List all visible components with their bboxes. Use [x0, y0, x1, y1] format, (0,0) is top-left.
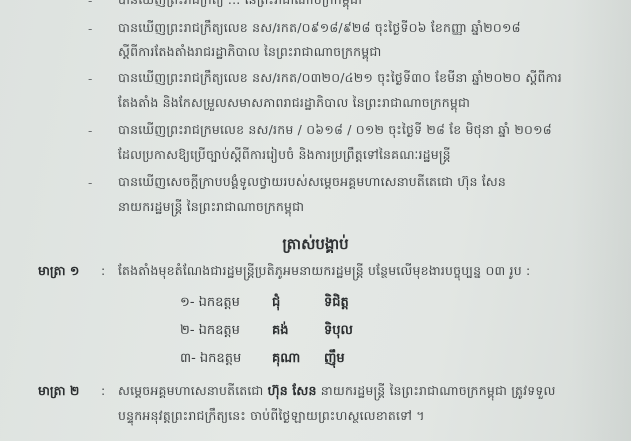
document-page: - បានឃើញព្រះរាជក្រឹត្យ ... នៃព្រះរាជាណាច…: [0, 0, 631, 441]
article-2-line-1: បន្ទុកអនុវត្តព្រះរាជក្រឹត្យនេះ ចាប់ពីថ្ង…: [118, 408, 425, 424]
preamble-item-4-line-0: បានឃើញសេចក្តីក្រាបបង្គំទូលថ្វាយរបស់សម្តេ…: [118, 174, 506, 190]
appointee-last-name: ទិបុល: [324, 322, 353, 341]
appointee-first-name: គុណា: [272, 350, 324, 369]
bullet-dash: -: [88, 22, 92, 36]
bullet-dash: -: [88, 124, 92, 138]
appointee-row: ២- ឯកឧត្តមគង់ទិបុល: [180, 322, 353, 341]
bullet-dash: -: [88, 72, 92, 86]
article-1-text: តែងតាំងមុខតំណែងជារដ្ឋមន្ត្រីប្រតិភូអមនាយ…: [118, 263, 530, 279]
article-2-label: មាត្រា ២: [38, 383, 79, 402]
prime-minister-name: ហ៊ុន សែន: [268, 383, 317, 398]
appointee-index: ៣- ឯកឧត្តម: [180, 350, 272, 369]
preamble-item-1-line-1: ស្តីពីការតែងតាំងរាជរដ្ឋាភិបាល នៃព្រះរាជា…: [118, 44, 382, 60]
article-2-text-pre: សម្តេចអគ្គមហាសេនាបតីតេជោ: [118, 383, 268, 398]
appointee-first-name: ជុំ: [272, 294, 324, 313]
preamble-item-0-line-0: បានឃើញព្រះរាជក្រឹត្យ ... នៃព្រះរាជាណាចក្…: [118, 0, 362, 8]
appointee-last-name: ញ៉ឹម: [324, 350, 345, 369]
appointee-first-name: គង់: [272, 322, 324, 341]
article-1-colon: :: [101, 263, 105, 278]
article-1-label: មាត្រា ១: [38, 263, 79, 282]
preamble-item-3-line-1: ដែលប្រកាសឱ្យប្រើច្បាប់ស្តីពីការរៀបចំ និង…: [118, 147, 451, 163]
appointee-last-name: ទិជិត្ត: [324, 294, 349, 313]
photo-edge-shade: [571, 0, 631, 441]
appointee-index: ២- ឯកឧត្តម: [180, 322, 272, 341]
appointee-index: ១- ឯកឧត្តម: [180, 294, 272, 313]
article-2-line-0: សម្តេចអគ្គមហាសេនាបតីតេជោ ហ៊ុន សែន នាយករដ…: [118, 383, 556, 399]
preamble-item-2-line-1: តែងតាំង និងកែសម្រួលសមាសភាពរាជរដ្ឋាភិបាល …: [118, 95, 470, 111]
article-2-colon: :: [101, 383, 105, 398]
bullet-dash: -: [88, 0, 92, 8]
preamble-item-3-line-0: បានឃើញព្រះរាជក្រមលេខ នស/រកម / ០៦១៨ / ០១២…: [118, 122, 552, 138]
preamble-item-1-line-0: បានឃើញព្រះរាជក្រឹត្យលេខ នស/រកត/០៩១៨/៩២៨ …: [118, 20, 521, 36]
article-2-text-post: នាយករដ្ឋមន្ត្រី នៃព្រះរាជាណាចក្រកម្ពុជា …: [317, 383, 556, 398]
appointee-row: ៣- ឯកឧត្តមគុណាញ៉ឹម: [180, 350, 345, 369]
preamble-item-2-line-0: បានឃើញព្រះរាជក្រឹត្យលេខ នស/រកត/០៣២០/៤២១ …: [118, 70, 562, 86]
section-heading: ត្រាស់បង្គាប់: [0, 235, 631, 257]
preamble-item-4-line-1: នាយករដ្ឋមន្ត្រី នៃព្រះរាជាណាចក្រកម្ពុជា: [118, 199, 304, 215]
bullet-dash: -: [88, 176, 92, 190]
appointee-row: ១- ឯកឧត្តមជុំទិជិត្ត: [180, 294, 349, 313]
